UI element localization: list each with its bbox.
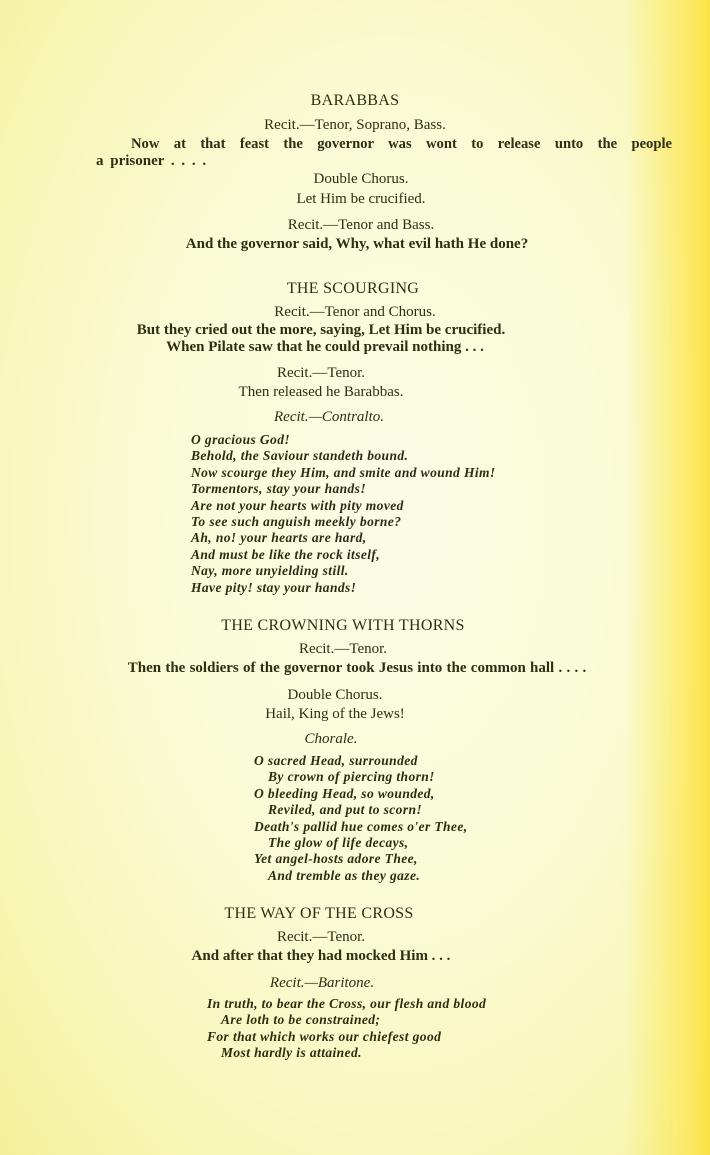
section-heading-way-of-cross: THE WAY OF THE CROSS — [0, 905, 674, 923]
verse-line: Tormentors, stay your hands! — [191, 481, 496, 497]
verse-line: Death's pallid hue comes o'er Thee, — [254, 819, 468, 835]
recit-text: And the governor said, Why, what evil ha… — [2, 236, 710, 253]
section-heading-scourging: THE SCOURGING — [0, 280, 708, 298]
verse-line: Have pity! stay your hands! — [191, 580, 496, 596]
recit-label: Recit.—Tenor and Chorus. — [0, 304, 710, 321]
verse-line: Nay, more unyielding still. — [191, 563, 496, 579]
recit-label: Recit.—Tenor. — [0, 929, 676, 946]
verse-line: Now scourge they Him, and smite and woun… — [191, 465, 496, 481]
verse-line: Are loth to be constrained; — [207, 1012, 486, 1028]
verse-line: Are not your hearts with pity moved — [191, 498, 496, 514]
section-heading-barabbas: BARABBAS — [0, 92, 710, 110]
verse-line: To see such anguish meekly borne? — [191, 514, 496, 530]
document-page: BARABBAS Recit.—Tenor, Soprano, Bass. No… — [0, 0, 710, 1155]
chorus-label: Double Chorus. — [6, 171, 710, 188]
contralto-verse: O gracious God!Behold, the Saviour stand… — [191, 432, 496, 596]
verse-line: Behold, the Saviour standeth bound. — [191, 448, 496, 464]
verse-line: Most hardly is attained. — [207, 1045, 486, 1061]
chorale-label: Chorale. — [0, 731, 686, 748]
chorale-verse: O sacred Head, surroundedBy crown of pie… — [254, 753, 468, 884]
recit-text-line: a prisoner . . . . — [96, 153, 206, 170]
verse-line: By crown of piercing thorn! — [254, 769, 468, 785]
verse-line: O gracious God! — [191, 432, 496, 448]
verse-line: And tremble as they gaze. — [254, 868, 468, 884]
verse-line: The glow of life decays, — [254, 835, 468, 851]
verse-line: Yet angel-hosts adore Thee, — [254, 851, 468, 867]
verse-line: O bleeding Head, so wounded, — [254, 786, 468, 802]
baritone-label: Recit.—Baritone. — [0, 975, 677, 992]
verse-line: O sacred Head, surrounded — [254, 753, 468, 769]
recit-label: Recit.—Tenor, Soprano, Bass. — [0, 117, 710, 134]
section-heading-crowning: THE CROWNING WITH THORNS — [0, 617, 698, 635]
chorus-text: Let Him be crucified. — [6, 191, 710, 208]
recit-text-line: But they cried out the more, saying, Let… — [0, 322, 676, 339]
recit-text-line: Now at that feast the governor was wont … — [131, 136, 672, 153]
recit-label: Recit.—Tenor and Bass. — [6, 217, 710, 234]
recit-text: Then the soldiers of the governor took J… — [2, 660, 710, 677]
verse-line: For that which works our chiefest good — [207, 1029, 486, 1045]
recit-text-line: When Pilate saw that he could prevail no… — [0, 339, 680, 356]
chorus-label: Double Chorus. — [0, 687, 690, 704]
contralto-label: Recit.—Contralto. — [0, 409, 684, 426]
verse-line: Reviled, and put to scorn! — [254, 802, 468, 818]
baritone-verse: In truth, to bear the Cross, our flesh a… — [207, 996, 486, 1062]
recit-text: And after that they had mocked Him . . . — [0, 948, 676, 965]
verse-line: In truth, to bear the Cross, our flesh a… — [207, 996, 486, 1012]
chorus-text: Hail, King of the Jews! — [0, 706, 690, 723]
verse-line: Ah, no! your hearts are hard, — [191, 530, 496, 546]
verse-line: And must be like the rock itself, — [191, 547, 496, 563]
recit-label: Recit.—Tenor. — [0, 365, 676, 382]
recit-label: Recit.—Tenor. — [0, 641, 698, 658]
recit-text: Then released he Barabbas. — [0, 384, 676, 401]
